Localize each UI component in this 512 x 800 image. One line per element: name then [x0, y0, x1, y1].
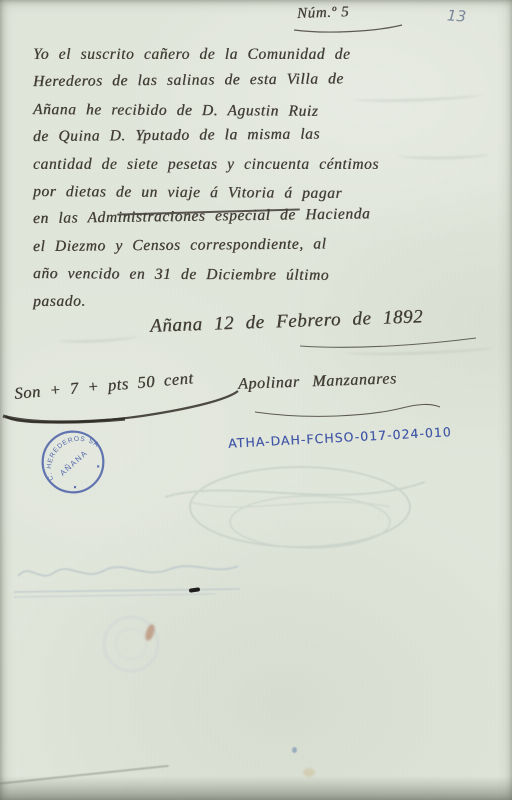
- margin-bleedthrough: [58, 331, 138, 344]
- paper-stain: [303, 768, 315, 777]
- signature-flourish: [250, 396, 445, 420]
- archive-reference-code: ATHA-DAH-FCHSO-017-024-010: [228, 424, 452, 451]
- stamp-center-text: AÑANA: [58, 448, 89, 478]
- body-line: el Diezmo y Censos correspondiente, al: [33, 229, 483, 260]
- paper-crease: [0, 765, 169, 785]
- amount-underline-flourish: [0, 388, 245, 426]
- document-number-label: Núm.º 5: [297, 4, 350, 23]
- ghost-text-bleedthrough: [10, 556, 245, 604]
- body-line: de Quina D. Yputado de la misma las: [33, 119, 483, 150]
- blue-ink-speck: [292, 747, 297, 753]
- ink-dash-mark: [189, 587, 200, 592]
- folio-page-number: 13: [446, 6, 466, 25]
- ghost-signature-bleedthrough: [160, 452, 430, 562]
- signature-name: Apolinar Manzanares: [238, 370, 397, 394]
- stamp-star-left-icon: ✦: [71, 483, 79, 492]
- body-line: en las Administraciones especial de Haci…: [33, 199, 483, 233]
- scanned-receipt-page: Núm.º 5 13 Yo el suscrito cañero de la C…: [0, 0, 512, 800]
- receipt-body-text: Yo el suscrito cañero de la Comunidad de…: [33, 41, 483, 315]
- number-underline-flourish: [292, 22, 406, 34]
